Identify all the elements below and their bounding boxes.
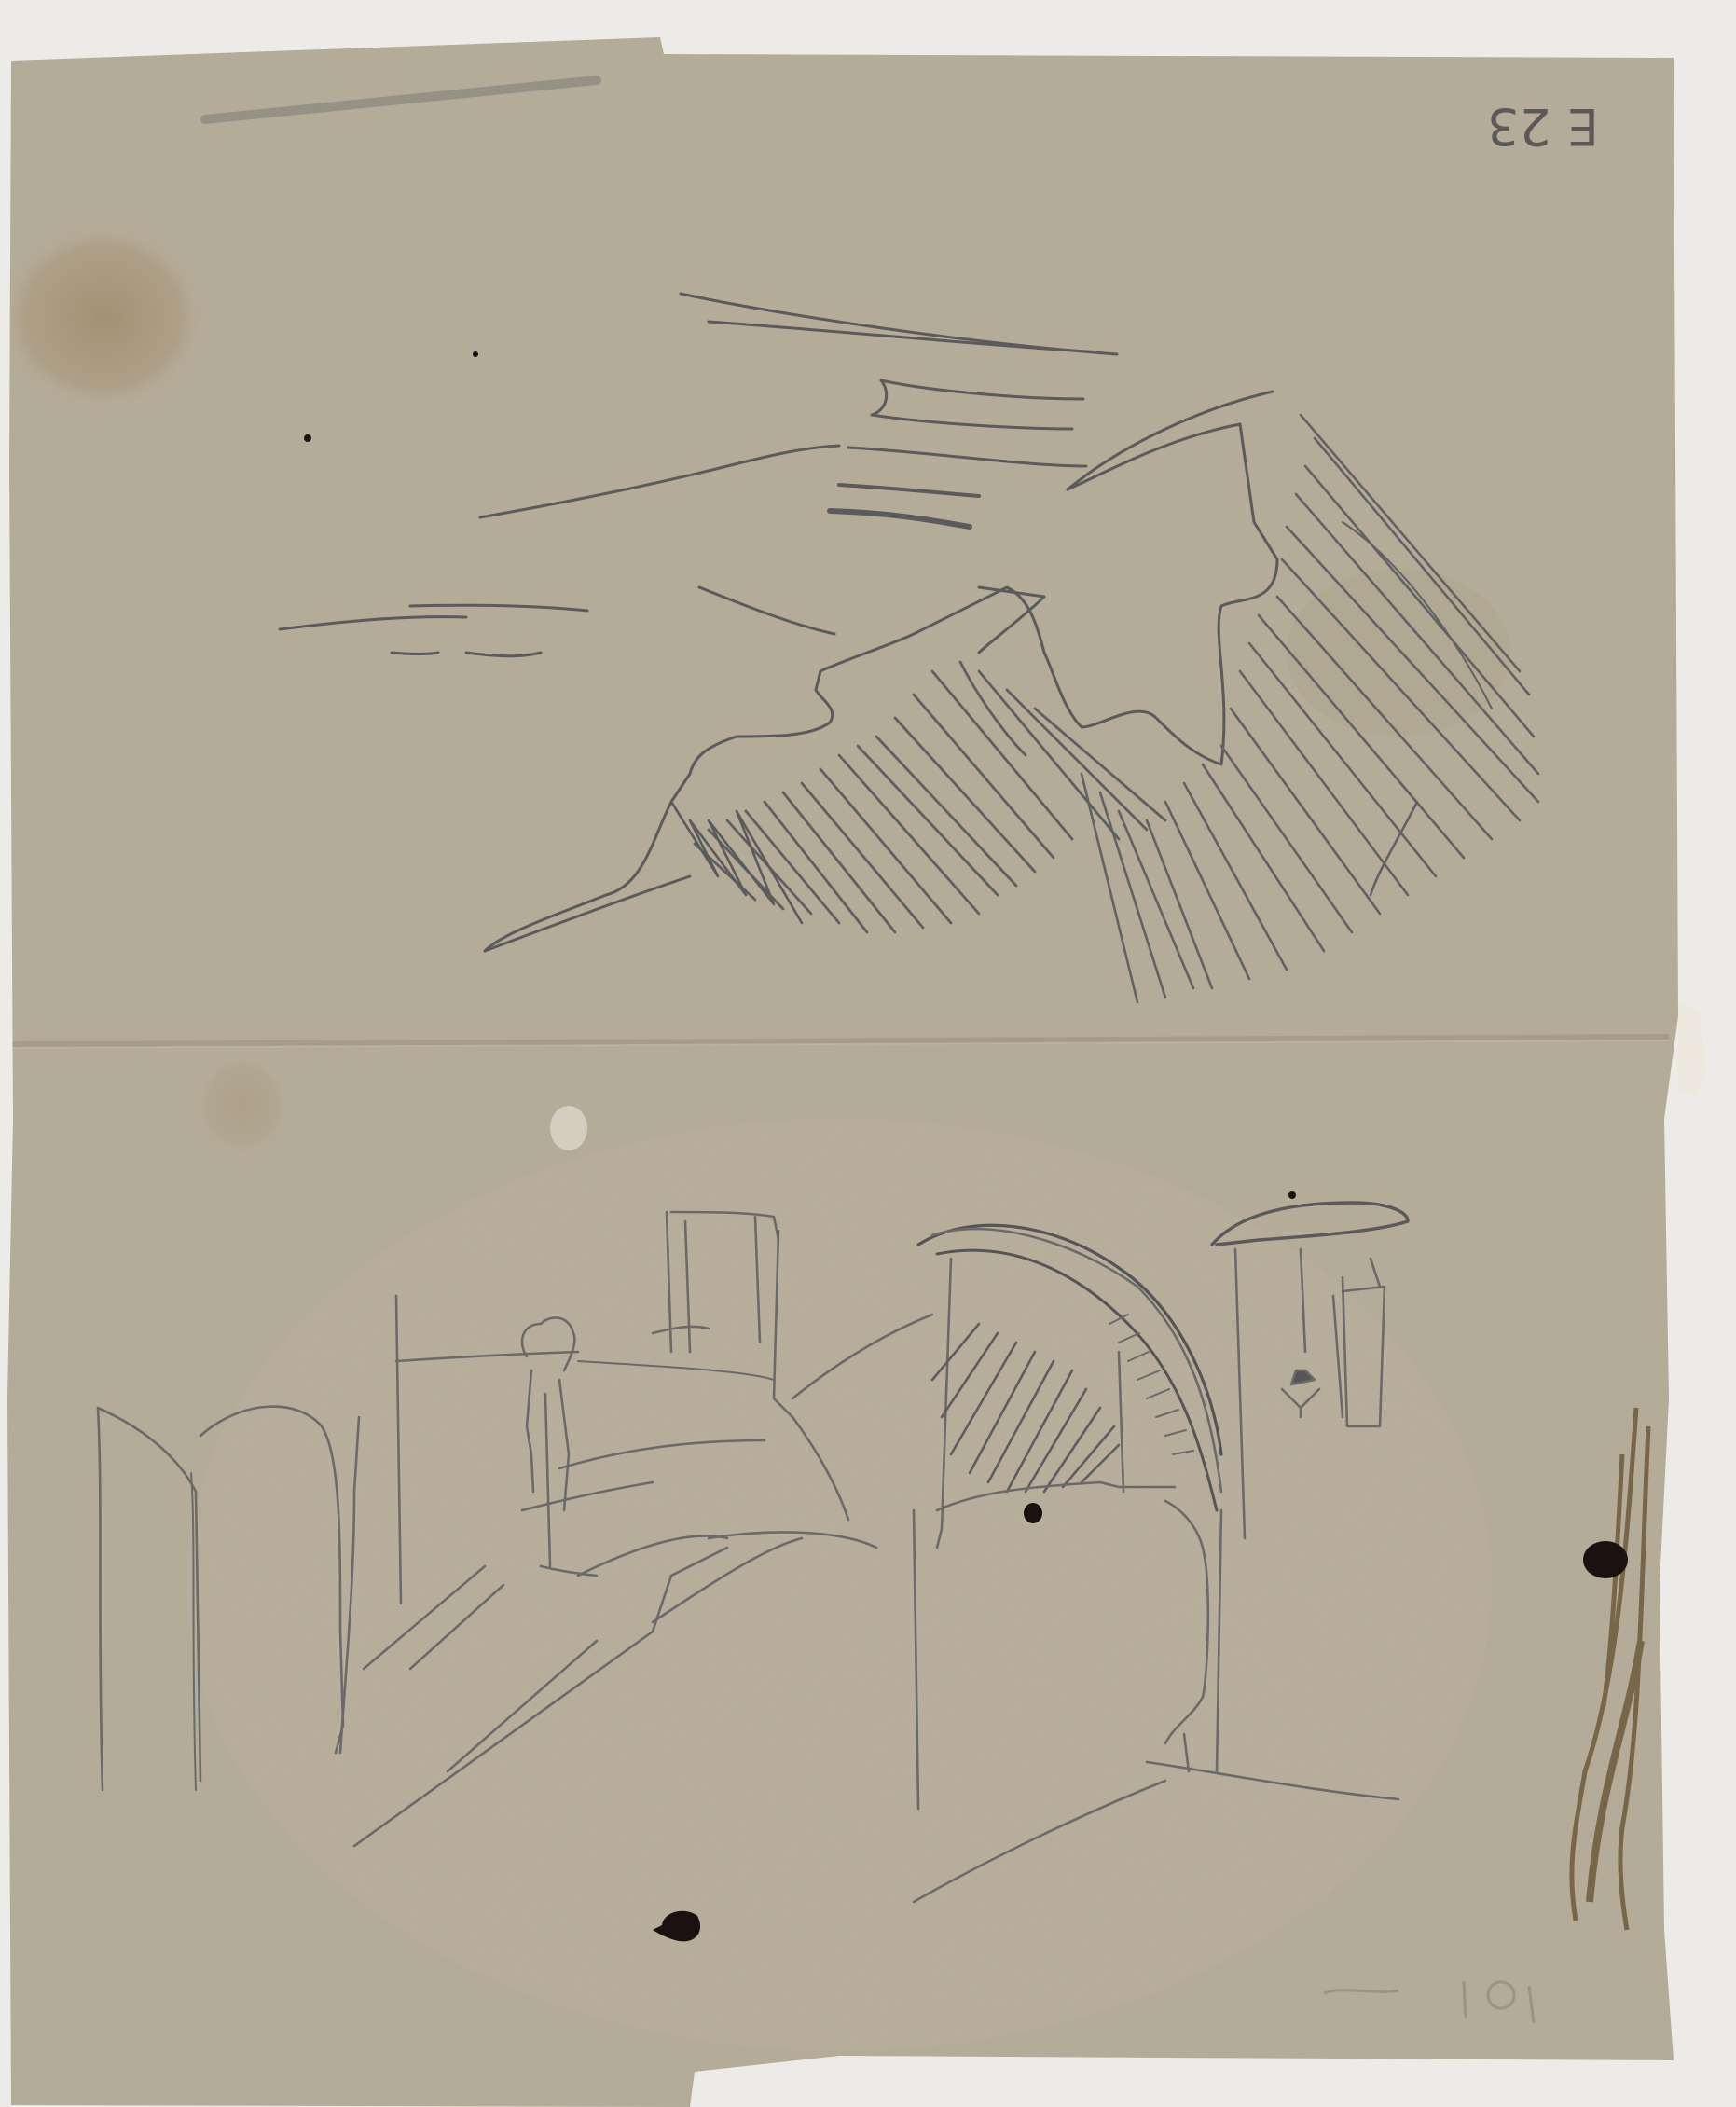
svg-text:E 23: E 23 (1487, 97, 1599, 156)
tape-remnant (1678, 1002, 1706, 1095)
catalog-number: E 23 (1487, 97, 1599, 156)
brown-stain (0, 224, 205, 410)
artwork-scan: E 23 (0, 0, 1736, 2107)
paper-sheet (0, 0, 1736, 2107)
